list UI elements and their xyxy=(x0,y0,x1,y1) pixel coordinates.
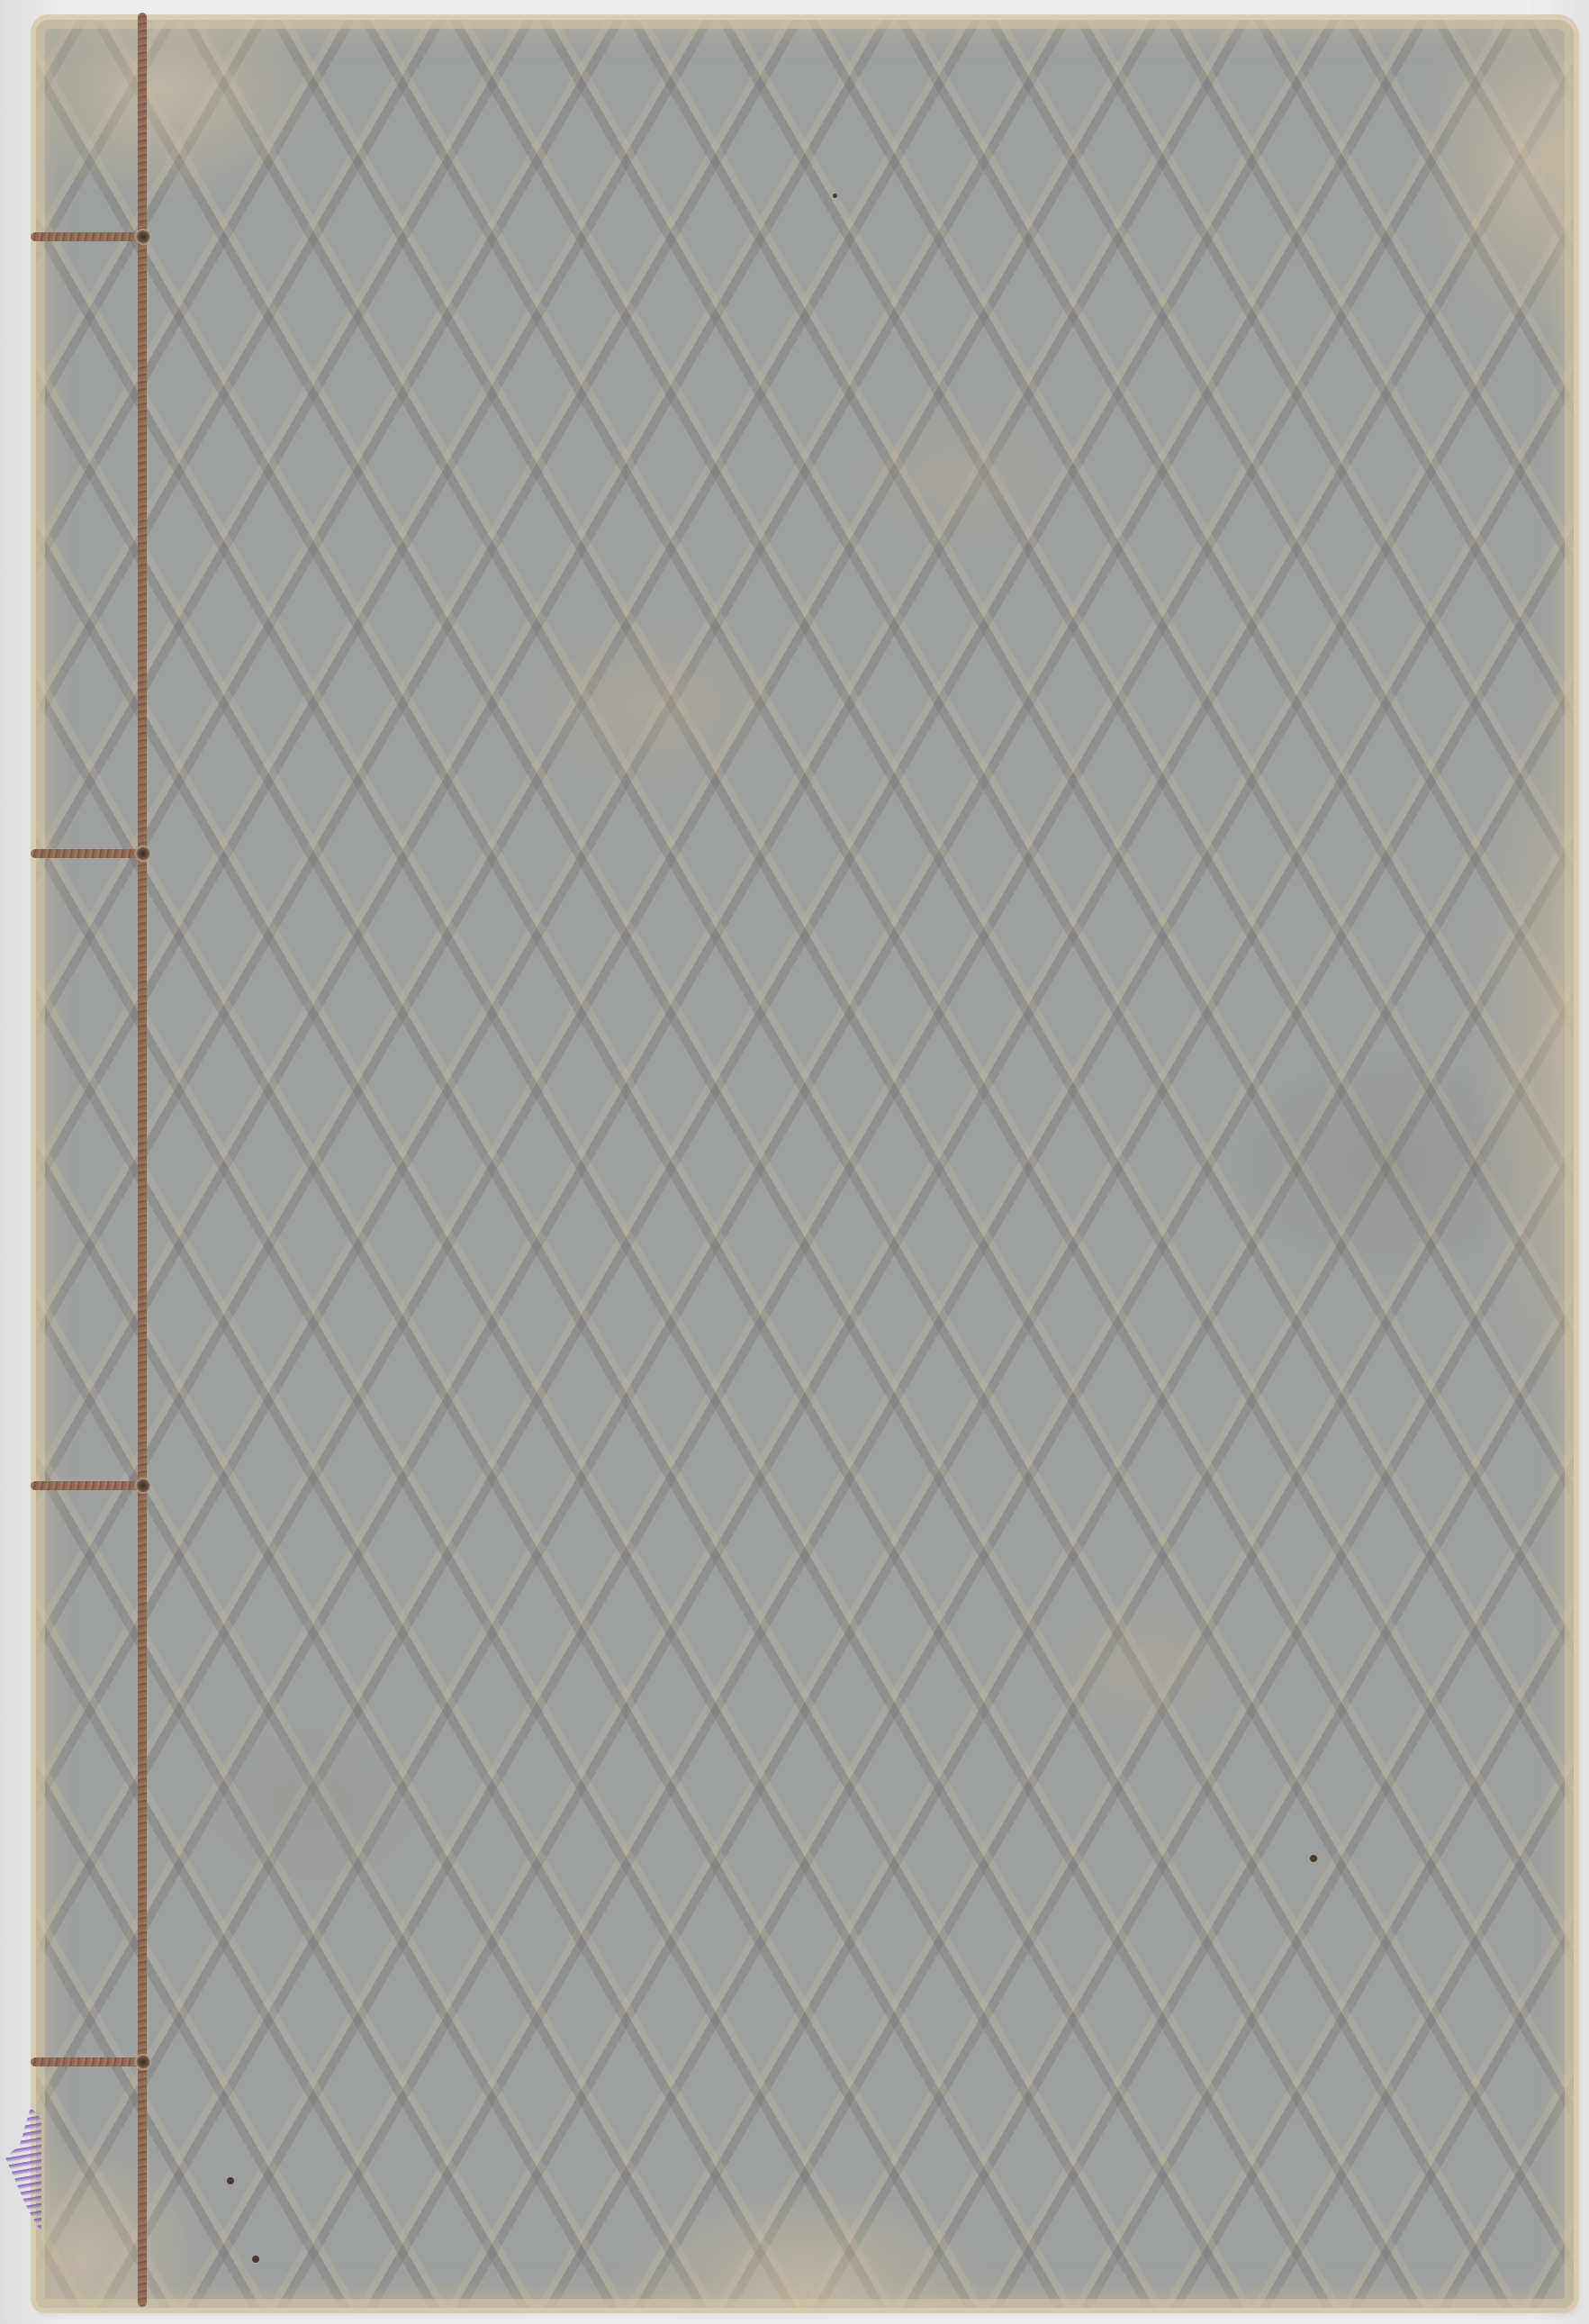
binding-stitch-2 xyxy=(31,849,146,858)
stitch-hole-1 xyxy=(135,229,151,245)
stain-spot xyxy=(227,2177,234,2184)
stain-spot xyxy=(252,2256,259,2263)
stain-spot xyxy=(833,194,837,198)
binding-stitch-4 xyxy=(31,2057,146,2066)
stitch-hole-4 xyxy=(135,2054,151,2070)
binding-stitch-3 xyxy=(31,1481,146,1490)
stitch-hole-3 xyxy=(135,1478,151,1494)
book-cover xyxy=(36,20,1574,2308)
cover-foxing xyxy=(36,20,1574,2308)
stain-spot xyxy=(1310,1855,1317,1862)
binding-thread-spine xyxy=(138,13,147,2307)
stitch-hole-2 xyxy=(135,846,151,862)
binding-stitch-1 xyxy=(31,232,146,241)
